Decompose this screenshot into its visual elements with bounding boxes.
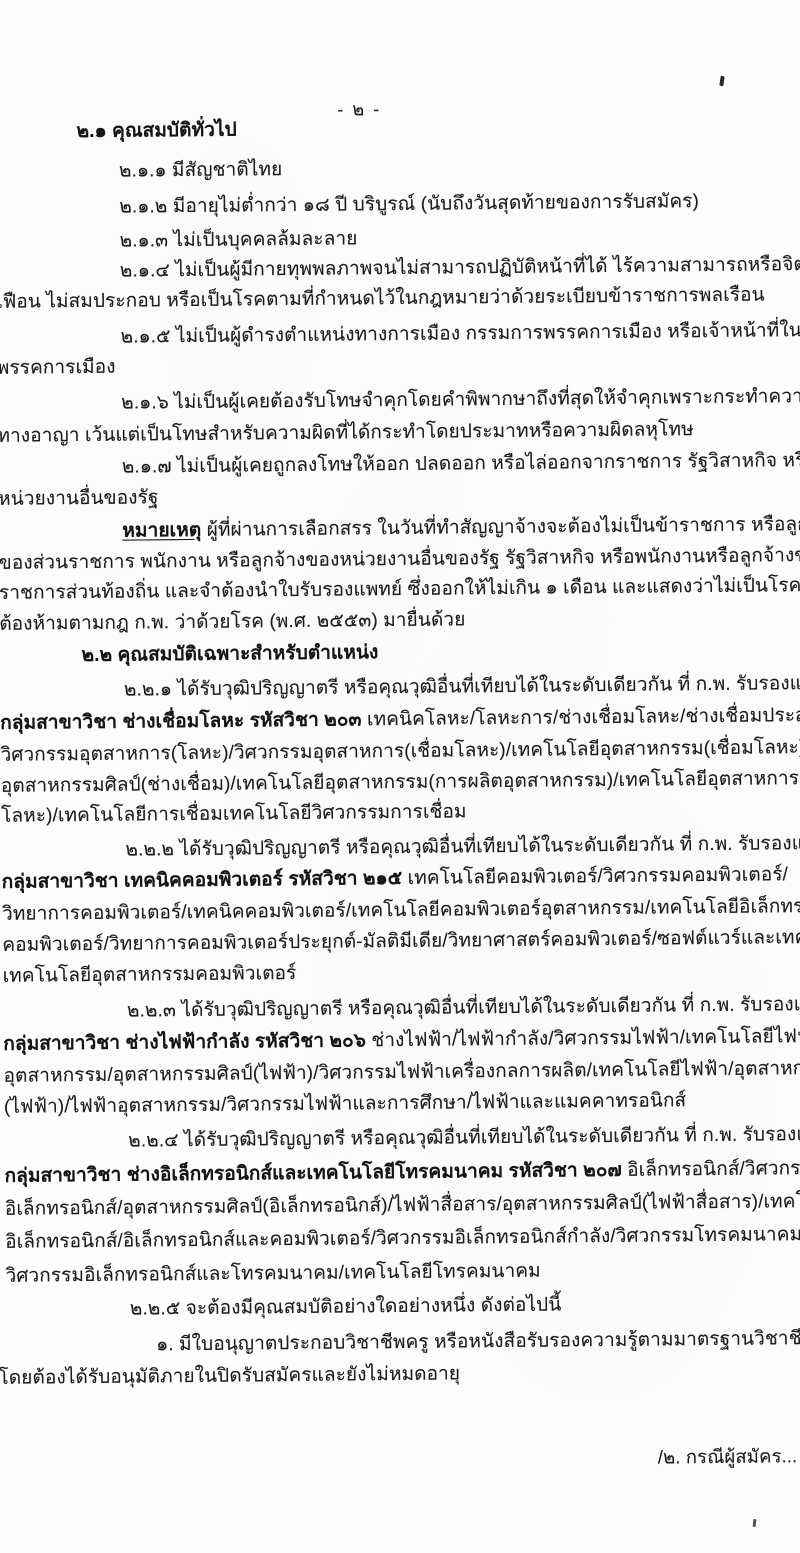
specialty-group-label: กลุ่มสาขาวิชา ช่างไฟฟ้ากำลัง รหัสวิชา ๒๐… <box>3 1030 366 1054</box>
specialty-group-label: กลุ่มสาขาวิชา ช่างเชื่อมโลหะ รหัสวิชา ๒๐… <box>0 709 362 733</box>
clause-line: ๒.๑.๓ ไม่เป็นบุคคลล้มละลาย <box>119 226 357 254</box>
specialty-list: เทคนิคโลหะ/โลหะการ/ช่างเชื่อมโลหะ/ช่างเช… <box>361 705 800 731</box>
note-label: หมายเหตุ <box>122 520 201 542</box>
note-wrap-line: ต้องห้ามตามกฎ ก.พ. ว่าด้วยโรค (พ.ศ. ๒๕๕๓… <box>0 607 466 637</box>
section-heading-2-1: ๒.๑ คุณสมบัติทั่วไป <box>76 118 236 146</box>
specialty-wrap-line: อิเล็กทรอนิกส์/อิเล็กทรอนิกส์และคอมพิวเต… <box>5 1222 800 1256</box>
specialty-line: กลุ่มสาขาวิชา ช่างอิเล็กทรอนิกส์และเทคโน… <box>4 1156 800 1190</box>
clause-wrap-line: หน่วยงานอื่นของรัฐ <box>0 485 159 513</box>
specialty-wrap-line: โลหะ)/เทคโนโลยีการเชื่อมเทคโนโลยีวิศวกรร… <box>1 799 467 829</box>
clause-line: ๒.๒.๓ ได้รับวุฒิปริญญาตรี หรือคุณวุฒิอื่… <box>127 992 800 1025</box>
clause-line: ๒.๑.๑ มีสัญชาติไทย <box>119 157 283 185</box>
scanned-document-page: - ๒ - ๒.๑ คุณสมบัติทั่วไป ๒.๑.๑ มีสัญชาต… <box>0 0 800 1553</box>
specialty-list: ช่างไฟฟ้า/ไฟฟ้ากำลัง/วิศวกรรมไฟฟ้า/เทคโน… <box>366 1026 800 1051</box>
specialty-wrap-line: (ไฟฟ้า)/ไฟฟ้าอุตสาหกรรม/วิศวกรรมไฟฟ้าและ… <box>4 1088 687 1121</box>
specialty-wrap-line: อิเล็กทรอนิกส์/อุตสาหกรรมศิลป์(อิเล็กทรอ… <box>5 1189 800 1223</box>
clause-line: ๒.๑.๗ ไม่เป็นผู้เคยถูกลงโทษให้ออก ปลดออก… <box>122 448 800 481</box>
specialty-list: อิเล็กทรอนิกส์/วิศวกรรม <box>622 1158 800 1181</box>
specialty-group-label: กลุ่มสาขาวิชา ช่างอิเล็กทรอนิกส์และเทคโน… <box>4 1160 621 1187</box>
sub-list-line: ๑. มีใบอนุญาตประกอบวิชาชีพครู หรือหนังสื… <box>156 1326 800 1358</box>
continuation-note: /๒. กรณีผู้สมัคร... <box>658 1443 798 1470</box>
clause-line: ๒.๑.๔ ไม่เป็นผู้มีกายทุพพลภาพจนไม่สามารถ… <box>120 252 800 285</box>
specialty-group-label: กลุ่มสาขาวิชา เทคนิคคอมพิวเตอร์ รหัสวิชา… <box>2 868 403 893</box>
note-text: ผู้ที่ผ่านการเลือกสรร ในวันที่ทำสัญญาจ้า… <box>201 514 800 541</box>
clause-wrap-line: ทางอาญา เว้นแต่เป็นโทษสำหรับความผิดที่ได… <box>0 417 694 450</box>
specialty-wrap-line: วิศวกรรมอิเล็กทรอนิกส์และโทรคมนาคม/เทคโน… <box>5 1259 540 1290</box>
specialty-wrap-line: อุตสาหกรรมศิลป์(ช่างเชื่อม)/เทคโนโลยีอุต… <box>1 766 800 800</box>
document-sheet: - ๒ - ๒.๑ คุณสมบัติทั่วไป ๒.๑.๑ มีสัญชาต… <box>0 0 800 1553</box>
clause-wrap-line: เฟือน ไม่สมประกอบ หรือเป็นโรคตามที่กำหนด… <box>0 282 765 315</box>
specialty-line: กลุ่มสาขาวิชา ช่างเชื่อมโลหะ รหัสวิชา ๒๐… <box>0 703 800 737</box>
page-number: - ๒ - <box>337 96 381 122</box>
clause-line: ๒.๑.๖ ไม่เป็นผู้เคยต้องรับโทษจำคุกโดยคำพ… <box>121 384 800 417</box>
sub-list-wrap-line: โดยต้องได้รับอนุมัติภายในปิดรับสมัครและย… <box>0 1361 460 1391</box>
clause-wrap-line: พรรคการเมือง <box>0 355 116 382</box>
clause-line: ๒.๒.๕ จะต้องมีคุณสมบัติอย่างใดอย่างหนึ่ง… <box>130 1292 562 1322</box>
specialty-wrap-line: คอมพิวเตอร์/วิทยาการคอมพิวเตอร์ประยุกต์-… <box>2 925 800 959</box>
clause-line: ๒.๒.๒ ได้รับวุฒิปริญญาตรี หรือคุณวุฒิอื่… <box>125 831 800 864</box>
specialty-wrap-line: เทคโนโลยีอุตสาหกรรมคอมพิวเตอร์ <box>3 961 297 990</box>
note-wrap-line: ของส่วนราชการ พนักงาน หรือลูกจ้างของหน่ว… <box>0 543 800 577</box>
section-heading-2-2: ๒.๒ คุณสมบัติเฉพาะสำหรับตำแหน่ง <box>81 640 378 669</box>
clause-line: ๒.๑.๒ มีอายุไม่ต่ำกว่า ๑๘ ปี บริบูรณ์ (น… <box>119 189 699 221</box>
specialty-line: กลุ่มสาขาวิชา เทคนิคคอมพิวเตอร์ รหัสวิชา… <box>2 862 788 896</box>
specialty-list: เทคโนโลยีคอมพิวเตอร์/วิศวกรรมคอมพิวเตอร์… <box>402 864 788 889</box>
clause-line: ๒.๒.๔ ได้รับวุฒิปริญญาตรี หรือคุณวุฒิอื่… <box>128 1122 800 1155</box>
specialty-wrap-line: อุตสาหกรรม/อุตสาหกรรมศิลป์(ไฟฟ้า)/วิศวกร… <box>3 1056 800 1090</box>
specialty-wrap-line: วิทยาการคอมพิวเตอร์/เทคนิคคอมพิวเตอร์/เท… <box>2 894 800 928</box>
specialty-line: กลุ่มสาขาวิชา ช่างไฟฟ้ากำลัง รหัสวิชา ๒๐… <box>3 1024 800 1058</box>
note-wrap-line: ราชการส่วนท้องถิ่น และจำต้องนำใบรับรองแพ… <box>0 573 800 607</box>
clause-line: ๒.๑.๕ ไม่เป็นผู้ดำรงตำแหน่งทางการเมือง ก… <box>120 318 800 351</box>
clause-line: ๒.๒.๑ ได้รับวุฒิปริญญาตรี หรือคุณวุฒิอื่… <box>124 671 800 704</box>
note-line: หมายเหตุ ผู้ที่ผ่านการเลือกสรร ในวันที่ท… <box>122 512 800 545</box>
specialty-wrap-line: วิศวกรรมอุตสาหการ(โลหะ)/วิศวกรรมอุตสาหกา… <box>0 735 800 769</box>
